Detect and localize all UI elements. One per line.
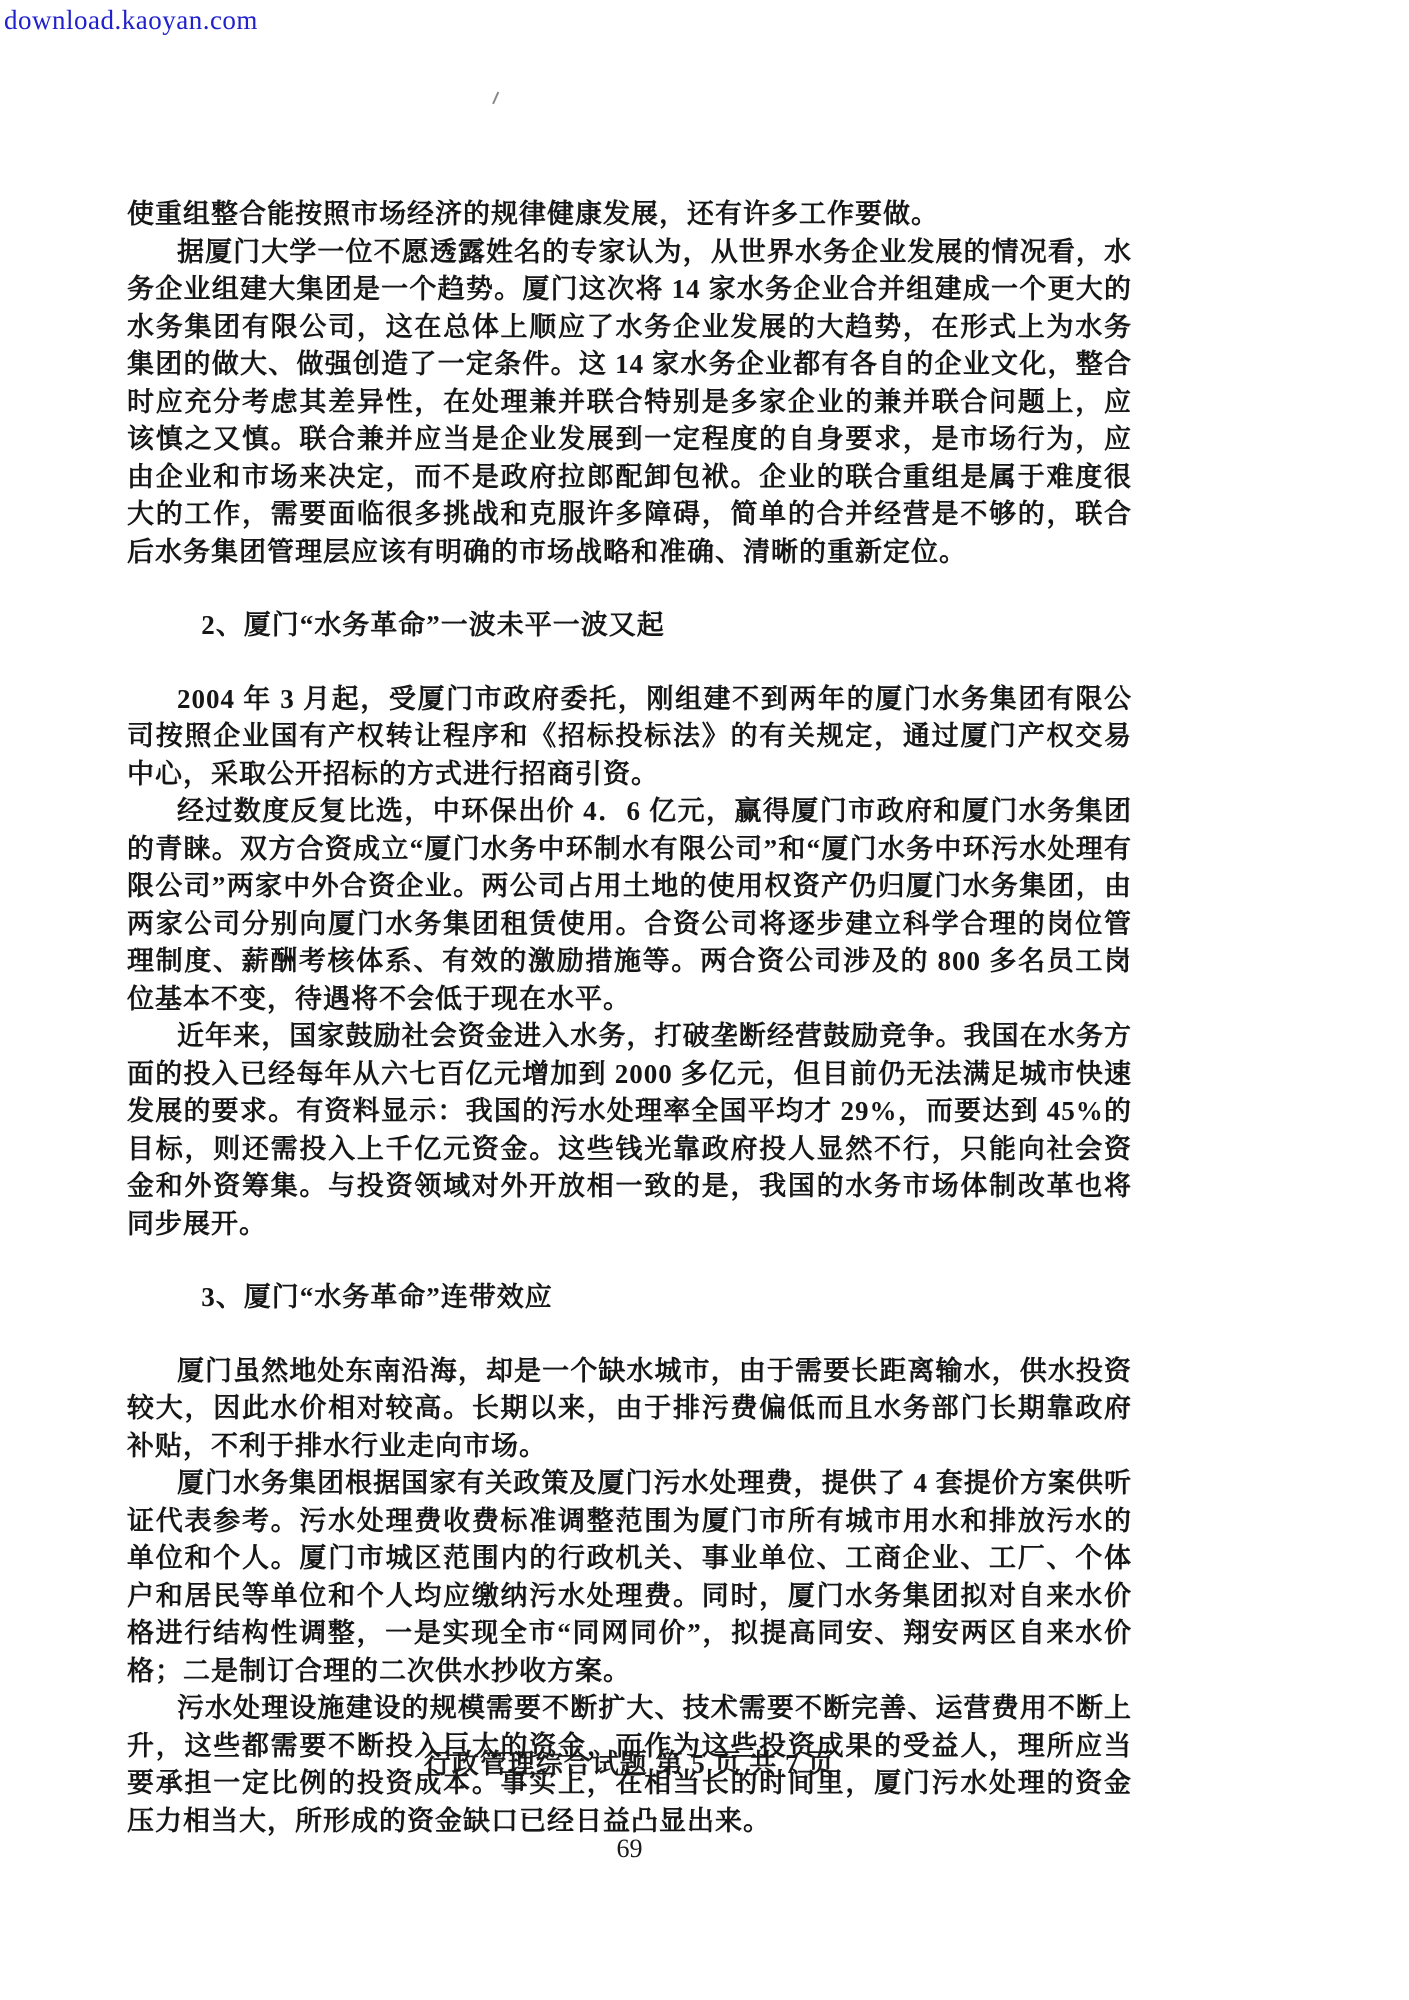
- page-number: 69: [127, 1834, 1132, 1864]
- paragraph: 据厦门大学一位不愿透露姓名的专家认为，从世界水务企业发展的情况看，水务企业组建大…: [127, 234, 1132, 572]
- paragraph: 2004 年 3 月起，受厦门市政府委托，刚组建不到两年的厦门水务集团有限公司按…: [127, 681, 1132, 794]
- scanned-exam-page: download.kaoyan.com 使重组整合能按照市场经济的规律健康发展，…: [0, 0, 1409, 2000]
- section-heading-2: 2、厦门“水务革命”一波未平一波又起: [127, 607, 1132, 645]
- watermark-url: download.kaoyan.com: [4, 4, 258, 36]
- document-body: 使重组整合能按照市场经济的规律健康发展，还有许多工作要做。 据厦门大学一位不愿透…: [127, 196, 1132, 1840]
- paragraph-continued: 使重组整合能按照市场经济的规律健康发展，还有许多工作要做。: [127, 196, 1132, 234]
- paragraph: 经过数度反复比选，中环保出价 4．6 亿元，赢得厦门市政府和厦门水务集团的青睐。…: [127, 793, 1132, 1018]
- paragraph: 近年来，国家鼓励社会资金进入水务，打破垄断经营鼓励竞争。我国在水务方面的投入已经…: [127, 1018, 1132, 1243]
- page-footer: 行政管理综合试题 第 5 页 共 7 页: [127, 1742, 1132, 1781]
- paragraph: 厦门水务集团根据国家有关政策及厦门污水处理费，提供了 4 套提价方案供听证代表参…: [127, 1465, 1132, 1690]
- scan-artifact-mark: [486, 89, 500, 105]
- paragraph: 厦门虽然地处东南沿海，却是一个缺水城市，由于需要长距离输水，供水投资较大，因此水…: [127, 1353, 1132, 1466]
- section-heading-3: 3、厦门“水务革命”连带效应: [127, 1279, 1132, 1317]
